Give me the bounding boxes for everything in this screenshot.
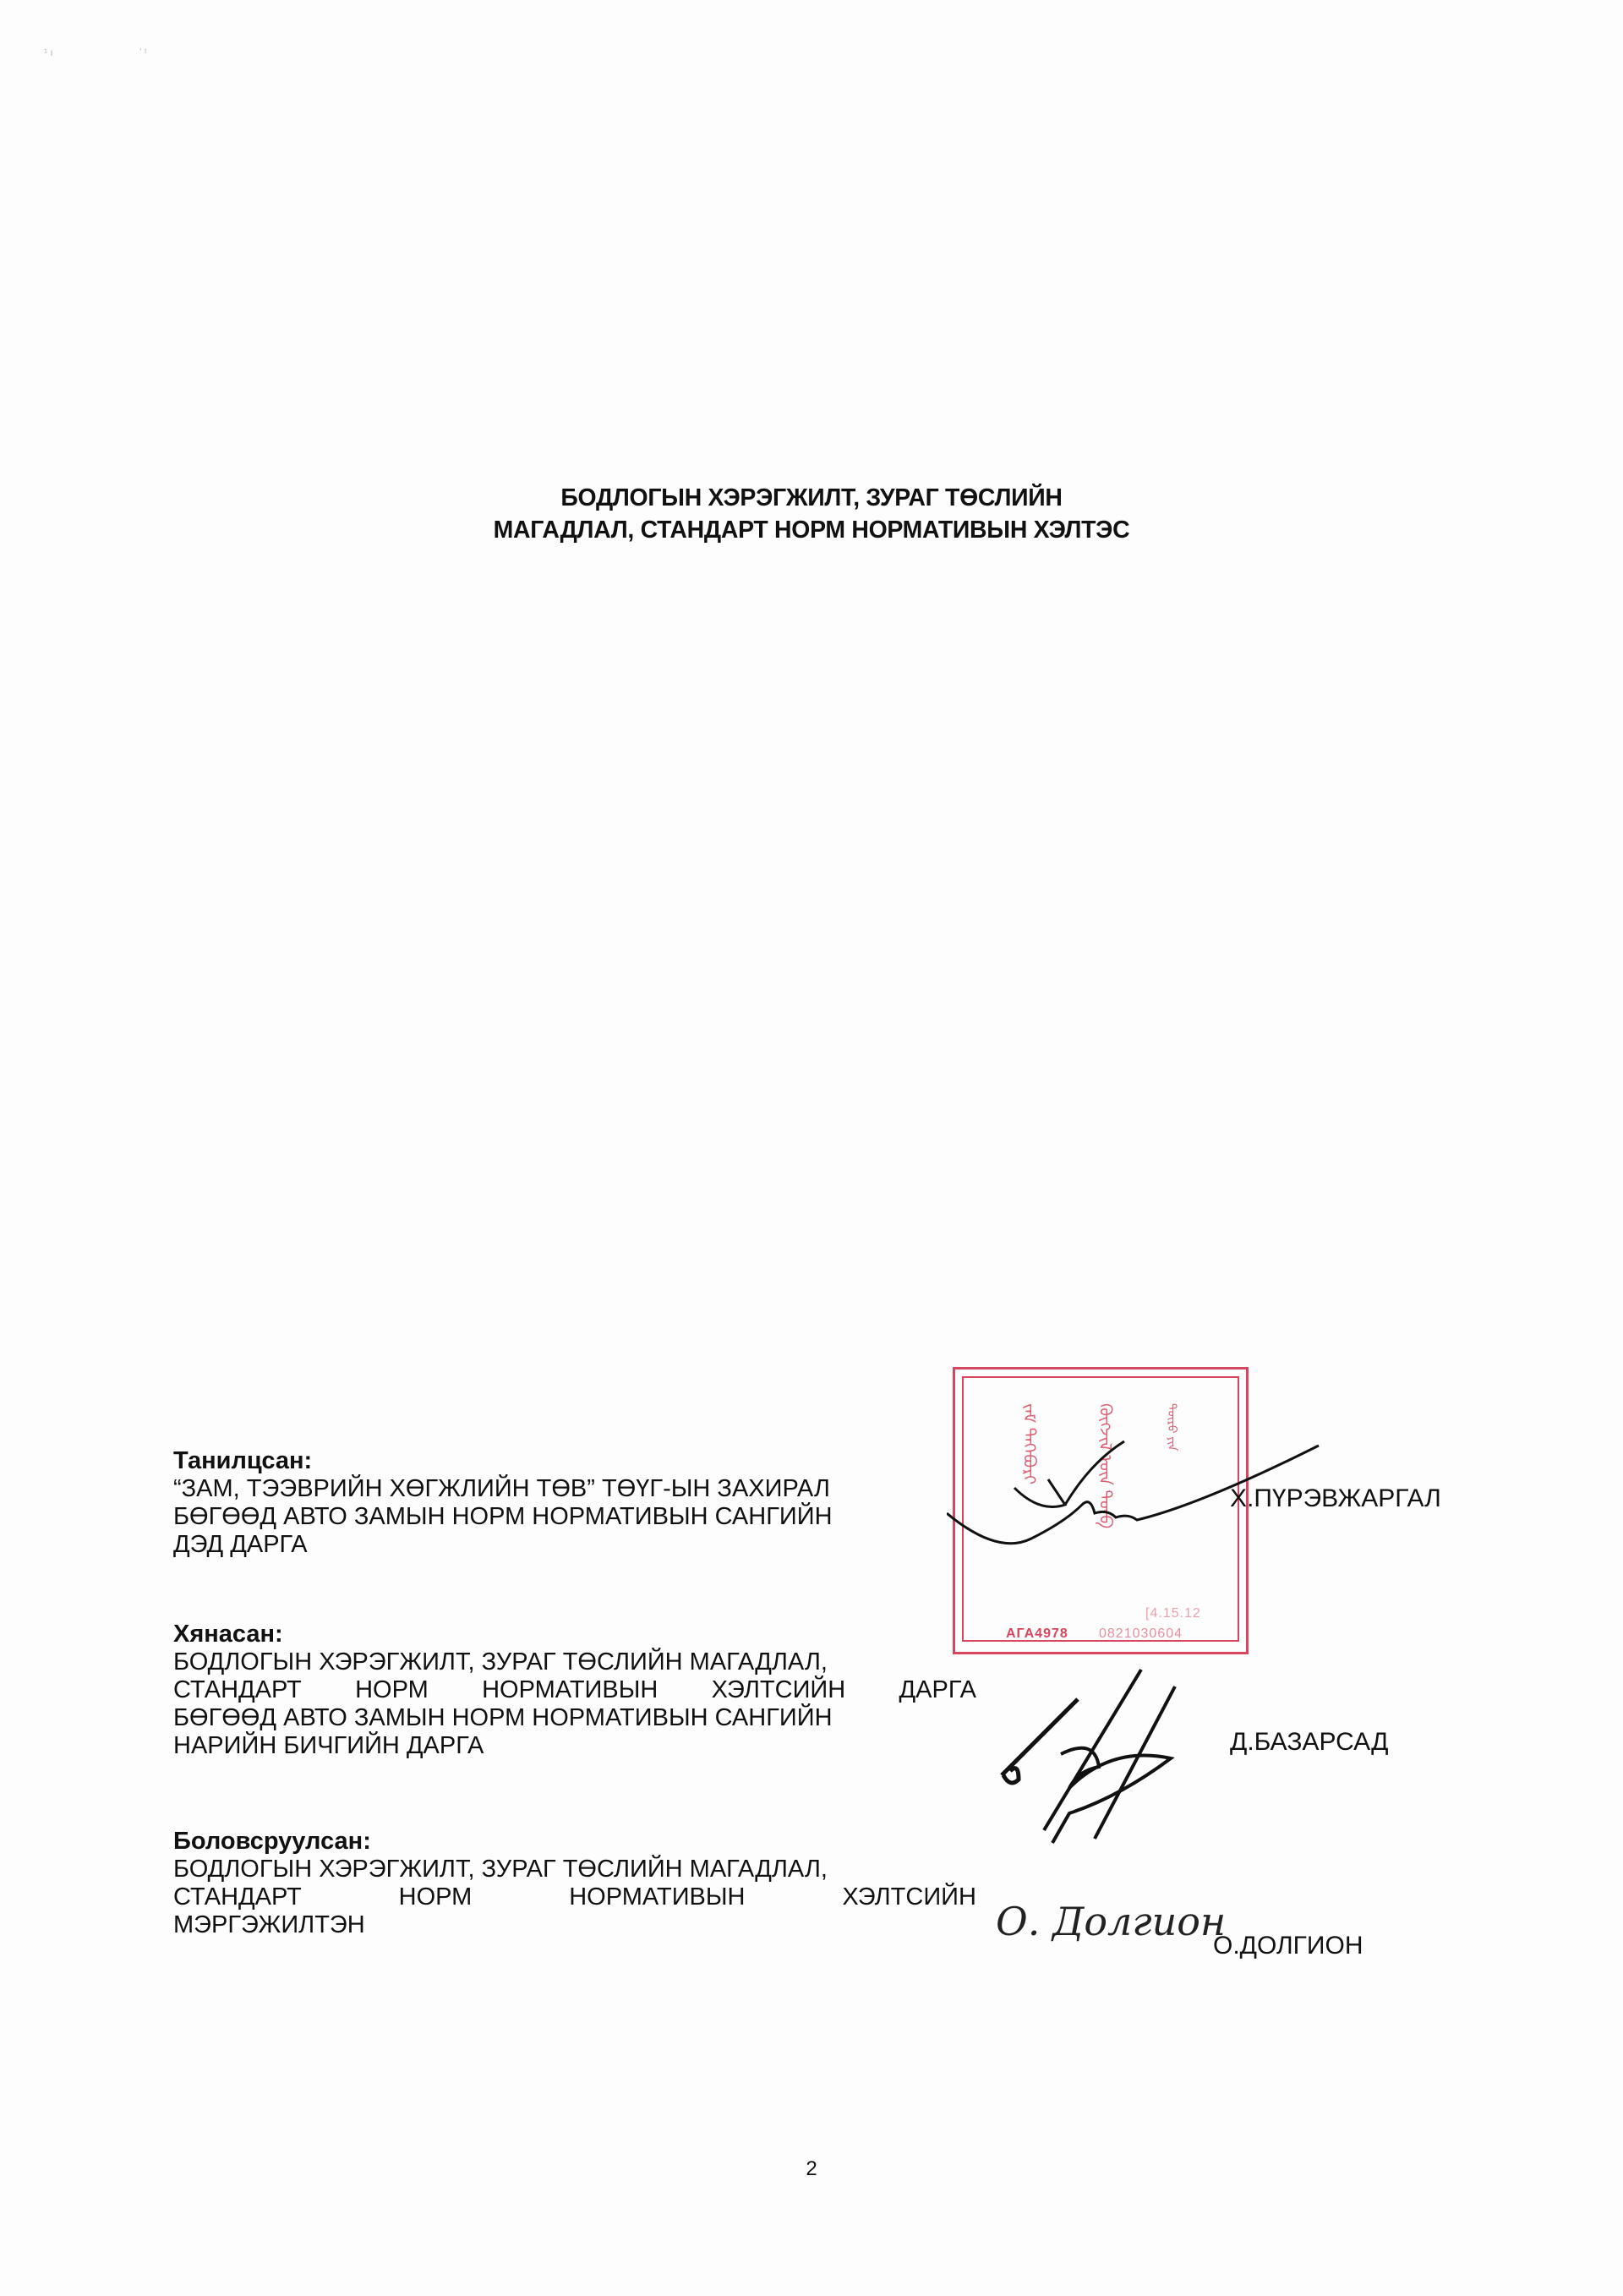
word: ХЭЛТСИЙН bbox=[842, 1883, 976, 1911]
word: НОРМАТИВЫН bbox=[482, 1676, 658, 1704]
section-label: Танилцсан: bbox=[173, 1447, 976, 1475]
section-body: “ЗАМ, ТЭЭВРИЙН ХӨГЖЛИЙН ТӨВ” ТӨҮГ-ЫН ЗАХ… bbox=[173, 1475, 976, 1559]
signature-2-icon bbox=[993, 1661, 1213, 1856]
stamp-number: 0821030604 bbox=[1099, 1626, 1183, 1642]
section-body: БОДЛОГЫН ХЭРЭГЖИЛТ, ЗУРАГ ТӨСЛИЙН МАГАДЛ… bbox=[173, 1648, 976, 1760]
title-line-2: МАГАДЛАЛ, СТАНДАРТ НОРМ НОРМАТИВЫН ХЭЛТЭ… bbox=[16, 514, 1607, 546]
position-line: “ЗАМ, ТЭЭВРИЙН ХӨГЖЛИЙН ТӨВ” ТӨҮГ-ЫН ЗАХ… bbox=[173, 1475, 976, 1503]
section-reviewed: Хянасан: БОДЛОГЫН ХЭРЭГЖИЛТ, ЗУРАГ ТӨСЛИ… bbox=[173, 1621, 976, 1760]
section-label: Боловсруулсан: bbox=[173, 1828, 976, 1856]
word: СТАНДАРТ bbox=[173, 1883, 302, 1911]
position-line: БОДЛОГЫН ХЭРЭГЖИЛТ, ЗУРАГ ТӨСЛИЙН МАГАДЛ… bbox=[173, 1648, 976, 1676]
word: ХЭЛТСИЙН bbox=[712, 1676, 846, 1704]
word: НОРМ bbox=[399, 1883, 473, 1911]
section-label: Хянасан: bbox=[173, 1621, 976, 1648]
scan-artifact: ¹ ı bbox=[44, 46, 53, 58]
position-line: ДЭД ДАРГА bbox=[173, 1531, 976, 1559]
section-acquainted: Танилцсан: “ЗАМ, ТЭЭВРИЙН ХӨГЖЛИЙН ТӨВ” … bbox=[173, 1447, 976, 1559]
word: НОРМ bbox=[355, 1676, 429, 1704]
word: ДАРГА bbox=[899, 1676, 976, 1704]
stamp-date: [4.15.12 bbox=[1145, 1606, 1201, 1621]
stamp-code: АГА4978 bbox=[1006, 1626, 1068, 1642]
word: СТАНДАРТ bbox=[173, 1676, 302, 1704]
section-prepared: Боловсруулсан: БОДЛОГЫН ХЭРЭГЖИЛТ, ЗУРАГ… bbox=[173, 1828, 976, 1939]
document-title: БОДЛОГЫН ХЭРЭГЖИЛТ, ЗУРАГ ТӨСЛИЙН МАГАДЛ… bbox=[0, 482, 1623, 546]
position-line: БОДЛОГЫН ХЭРЭГЖИЛТ, ЗУРАГ ТӨСЛИЙН МАГАДЛ… bbox=[173, 1856, 976, 1883]
position-line: БӨГӨӨД АВТО ЗАМЫН НОРМ НОРМАТИВЫН САНГИЙ… bbox=[173, 1704, 976, 1732]
signer-name: О.ДОЛГИОН bbox=[1213, 1932, 1363, 1960]
signer-name: Д.БАЗАРСАД bbox=[1230, 1728, 1389, 1757]
signature-3-handwritten: О. Долгион bbox=[996, 1899, 1226, 1944]
signer-name: Х.ПҮРЭВЖАРГАЛ bbox=[1230, 1484, 1441, 1513]
position-line: БӨГӨӨД АВТО ЗАМЫН НОРМ НОРМАТИВЫН САНГИЙ… bbox=[173, 1503, 976, 1531]
position-line: МЭРГЭЖИЛТЭН bbox=[173, 1911, 976, 1939]
word: НОРМАТИВЫН bbox=[569, 1883, 745, 1911]
page-number: 2 bbox=[0, 2157, 1623, 2181]
position-line-justified: СТАНДАРТ НОРМ НОРМАТИВЫН ХЭЛТСИЙН bbox=[173, 1883, 976, 1911]
position-line: НАРИЙН БИЧГИЙН ДАРГА bbox=[173, 1732, 976, 1760]
scan-artifact: ʼ ᵗ bbox=[139, 46, 147, 58]
position-line-justified: СТАНДАРТ НОРМ НОРМАТИВЫН ХЭЛТСИЙН ДАРГА bbox=[173, 1676, 976, 1704]
section-body: БОДЛОГЫН ХЭРЭГЖИЛТ, ЗУРАГ ТӨСЛИЙН МАГАДЛ… bbox=[173, 1856, 976, 1939]
title-line-1: БОДЛОГЫН ХЭРЭГЖИЛТ, ЗУРАГ ТӨСЛИЙН bbox=[16, 482, 1607, 514]
